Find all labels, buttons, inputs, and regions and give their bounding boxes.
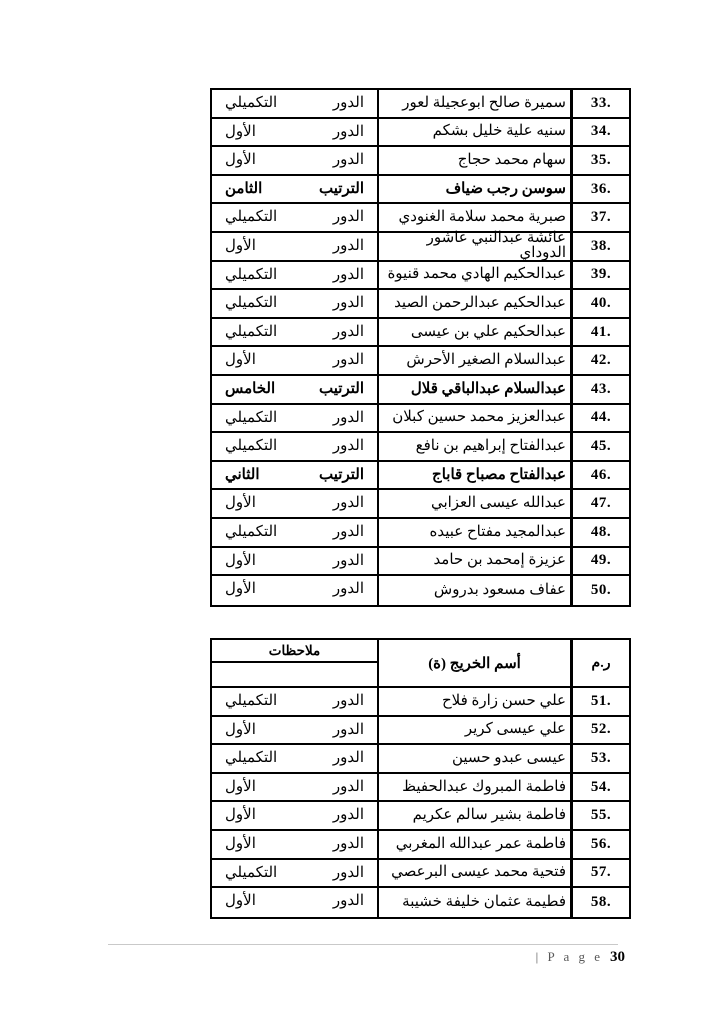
table-row: الدور الأولسنيه علية خليل بشكم34. [212, 119, 629, 148]
graduate-name-cell: عبدالمجيد مفتاح عبيده [377, 519, 573, 546]
serial-number-cell: 38. [573, 233, 629, 260]
table-row: الدور الأولعفاف مسعود بدروش50. [212, 576, 629, 605]
table-row: الترتيب الثامنسوسن رجب ضياف36. [212, 176, 629, 205]
graduate-name-cell: عبدالسلام الصغير الأحرش [377, 347, 573, 374]
serial-number-cell: 57. [573, 860, 629, 887]
table-header-row: ملاحظات أسم الخريج (ة) ر.م [212, 640, 629, 688]
table-row: الدور التكميليعيسى عبدو حسين53. [212, 745, 629, 774]
table-row: الترتيب الثانيعبدالفتاح مصباح قاباج46. [212, 462, 629, 491]
graduate-name-cell: عيسى عبدو حسين [377, 745, 573, 772]
graduate-name-cell: عبدالعزيز محمد حسين كبلان [377, 405, 573, 432]
serial-number-cell: 46. [573, 462, 629, 489]
graduate-name-cell: سميرة صالح ابوعجيلة لعور [377, 90, 573, 117]
serial-number-cell: 49. [573, 548, 629, 575]
table-row: الدور الأولفاطمة المبروك عبدالحفيظ54. [212, 774, 629, 803]
graduate-name-cell: فاطمة عمر عبدالله المغربي [377, 831, 573, 858]
table-row: الدور الأولفاطمة عمر عبدالله المغربي56. [212, 831, 629, 860]
note-cell: الدور التكميلي [212, 290, 377, 317]
serial-number-cell: 58. [573, 888, 629, 917]
page-footer: | P a g e 30 [536, 948, 625, 966]
page-number: 30 [610, 949, 625, 965]
table-row: الدور الأولفطيمة عثمان خليفة خشيبة58. [212, 888, 629, 917]
note-cell: الترتيب الثاني [212, 462, 377, 489]
note-cell: الدور الأول [212, 802, 377, 829]
serial-number-cell: 55. [573, 802, 629, 829]
table-row: الدور التكميليعبدالعزيز محمد حسين كبلان4… [212, 405, 629, 434]
graduate-name-cell: عائشة عبدالنبي عاشور الدوداي [377, 233, 573, 260]
note-cell: الدور التكميلي [212, 204, 377, 231]
table-row: الدور التكميليصبرية محمد سلامة الغنودي37… [212, 204, 629, 233]
table-row: الدور الأولعزيزة إمحمد بن حامد49. [212, 548, 629, 577]
note-cell: الدور التكميلي [212, 745, 377, 772]
serial-number-cell: 47. [573, 490, 629, 517]
note-cell: الدور التكميلي [212, 90, 377, 117]
graduate-name-cell: عبدالفتاح إبراهيم بن نافع [377, 433, 573, 460]
serial-number-cell: 40. [573, 290, 629, 317]
graduate-name-cell: عفاف مسعود بدروش [377, 576, 573, 605]
table-row: الدور التكميليعلي حسن زارة فلاح51. [212, 688, 629, 717]
note-cell: الدور التكميلي [212, 319, 377, 346]
serial-number-header: ر.م [573, 640, 629, 686]
table-row: الدور الأولعائشة عبدالنبي عاشور الدوداي3… [212, 233, 629, 262]
serial-number-cell: 51. [573, 688, 629, 715]
graduate-name-cell: عبدالفتاح مصباح قاباج [377, 462, 573, 489]
note-cell: الدور التكميلي [212, 405, 377, 432]
graduate-name-cell: فاطمة المبروك عبدالحفيظ [377, 774, 573, 801]
serial-number-cell: 48. [573, 519, 629, 546]
graduate-name-cell: عبدالله عيسى العزابي [377, 490, 573, 517]
graduate-name-cell: عبدالسلام عبدالباقي قلال [377, 376, 573, 403]
table-row: الدور الأولسهام محمد حجاج35. [212, 147, 629, 176]
note-cell: الدور الأول [212, 888, 377, 917]
serial-number-cell: 52. [573, 717, 629, 744]
graduate-name-cell: عبدالحكيم علي بن عيسى [377, 319, 573, 346]
table-row: الدور الأولعبدالله عيسى العزابي47. [212, 490, 629, 519]
graduate-name-cell: سهام محمد حجاج [377, 147, 573, 174]
serial-number-cell: 33. [573, 90, 629, 117]
note-cell: الدور الأول [212, 233, 377, 260]
graduate-name-cell: عبدالحكيم عبدالرحمن الصيد [377, 290, 573, 317]
graduates-table: ملاحظات أسم الخريج (ة) ر.م الدور التكميل… [210, 638, 631, 919]
table-row: الدور التكميليفتحية محمد عيسى البرعصي57. [212, 860, 629, 889]
serial-number-cell: 41. [573, 319, 629, 346]
serial-number-cell: 44. [573, 405, 629, 432]
graduate-name-cell: علي حسن زارة فلاح [377, 688, 573, 715]
graduate-name-cell: فاطمة بشير سالم عكريم [377, 802, 573, 829]
serial-number-cell: 56. [573, 831, 629, 858]
table-row: الدور الأولفاطمة بشير سالم عكريم55. [212, 802, 629, 831]
note-cell: الدور الأول [212, 119, 377, 146]
note-cell: الدور التكميلي [212, 688, 377, 715]
table-row: الدور التكميليعبدالفتاح إبراهيم بن نافع4… [212, 433, 629, 462]
note-cell: الدور التكميلي [212, 433, 377, 460]
note-cell: الدور الأول [212, 548, 377, 575]
table-row: الدور التكميليعبدالمجيد مفتاح عبيده48. [212, 519, 629, 548]
note-cell: الدور الأول [212, 347, 377, 374]
document-page: الدور التكميليسميرة صالح ابوعجيلة لعور33… [0, 0, 724, 1024]
graduate-name-cell: سوسن رجب ضياف [377, 176, 573, 203]
graduate-name-cell: فطيمة عثمان خليفة خشيبة [377, 888, 573, 917]
notes-header-empty [212, 663, 377, 686]
table-row: الدور التكميليعبدالحكيم الهادي محمد قنيو… [212, 262, 629, 291]
note-cell: الدور الأول [212, 490, 377, 517]
note-cell: الدور التكميلي [212, 519, 377, 546]
table-row: الدور التكميليسميرة صالح ابوعجيلة لعور33… [212, 90, 629, 119]
note-cell: الدور الأول [212, 717, 377, 744]
serial-number-cell: 37. [573, 204, 629, 231]
graduate-name-cell: سنيه علية خليل بشكم [377, 119, 573, 146]
table-row: الدور الأولعلي عيسى كرير52. [212, 717, 629, 746]
graduate-name-cell: فتحية محمد عيسى البرعصي [377, 860, 573, 887]
graduate-name-header: أسم الخريج (ة) [377, 640, 573, 686]
note-cell: الدور الأول [212, 831, 377, 858]
table-row: الدور التكميليعبدالحكيم عبدالرحمن الصيد4… [212, 290, 629, 319]
notes-header-cell: ملاحظات [212, 640, 377, 686]
graduates-table-continued: الدور التكميليسميرة صالح ابوعجيلة لعور33… [210, 88, 631, 607]
page-label: | P a g e [536, 949, 603, 964]
serial-number-cell: 54. [573, 774, 629, 801]
note-cell: الترتيب الثامن [212, 176, 377, 203]
serial-number-cell: 36. [573, 176, 629, 203]
notes-header-label: ملاحظات [212, 640, 377, 663]
note-cell: الدور الأول [212, 576, 377, 605]
graduate-name-cell: صبرية محمد سلامة الغنودي [377, 204, 573, 231]
note-cell: الدور التكميلي [212, 860, 377, 887]
note-cell: الدور الأول [212, 774, 377, 801]
footer-rule [108, 944, 618, 945]
serial-number-cell: 50. [573, 576, 629, 605]
serial-number-cell: 43. [573, 376, 629, 403]
serial-number-cell: 35. [573, 147, 629, 174]
serial-number-cell: 39. [573, 262, 629, 289]
graduate-name-cell: عزيزة إمحمد بن حامد [377, 548, 573, 575]
note-cell: الدور التكميلي [212, 262, 377, 289]
note-cell: الدور الأول [212, 147, 377, 174]
serial-number-cell: 45. [573, 433, 629, 460]
serial-number-cell: 53. [573, 745, 629, 772]
note-cell: الترتيب الخامس [212, 376, 377, 403]
graduate-name-cell: عبدالحكيم الهادي محمد قنيوة [377, 262, 573, 289]
serial-number-cell: 34. [573, 119, 629, 146]
graduate-name-cell: علي عيسى كرير [377, 717, 573, 744]
table-row: الترتيب الخامسعبدالسلام عبدالباقي قلال43… [212, 376, 629, 405]
table-row: الدور التكميليعبدالحكيم علي بن عيسى41. [212, 319, 629, 348]
serial-number-cell: 42. [573, 347, 629, 374]
table-row: الدور الأولعبدالسلام الصغير الأحرش42. [212, 347, 629, 376]
